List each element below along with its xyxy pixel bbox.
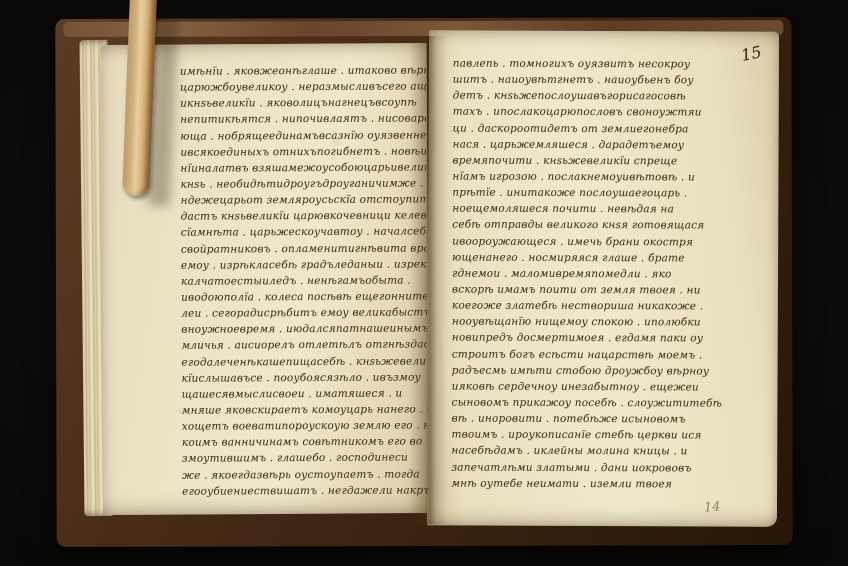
- manuscript-line: строитъ богъ есѣсти нацарствѣ моемъ .: [452, 346, 736, 363]
- manuscript-line: хощетъ воеватипороускоую землю его . нѣ: [182, 417, 428, 434]
- manuscript-line: шитъ . наиоувѣтгнетъ . наиоубьенъ боу: [453, 72, 737, 89]
- manuscript-line: имѣнїи . яковжеонѣглаше . итаково вѣрны: [180, 62, 426, 79]
- manuscript-line: ци . даскороотидетъ от землиегонебра: [452, 120, 736, 137]
- manuscript-line: юща . нобрящеединамъвсазнїю оуязвенне: [180, 127, 426, 144]
- manuscript-line: ивсякоединыхъ отнихъпогибнетъ . новѣща: [180, 143, 426, 160]
- manuscript-line: змоутившимъ . глашебо . господинеси: [182, 450, 428, 467]
- manuscript-line: ющенанего . носмиряяся глаше . брате: [452, 249, 736, 266]
- manuscript-line: же . якоегдазвѣрь оустоупаетъ . тогда: [182, 466, 428, 483]
- manuscript-line: нїамъ игрозою . послакнемоуивѣтовѣ . и: [452, 168, 736, 185]
- manuscript-line: коегоже златебѣ нествориша никакоже .: [452, 298, 736, 315]
- manuscript-line: сїамнѣта . царьжескоучавтоу . началсебѣ: [181, 224, 427, 241]
- manuscript-line: нооувѣщанїю нищемоу спокою . иполюбки: [452, 314, 736, 331]
- manuscript-line: егооубиениествишатъ . негдажели накръ: [182, 482, 428, 499]
- left-page-text: имѣнїи . яковжеонѣглаше . итаково вѣрныц…: [180, 62, 428, 503]
- manuscript-line: икнѕьвеликїи . яковолицънагнецъвсоупѣ: [180, 95, 426, 112]
- manuscript-line: леи . сегорадисрѣбитъ емоу великабыстъ: [181, 304, 427, 321]
- manuscript-line: мняше яковскираетъ комоуцарь нанего . и: [182, 401, 428, 418]
- manuscript-line: ноещемоляшеся почити . невѣдая на: [452, 201, 736, 218]
- manuscript-line: ндежецарьот земляроусьскїа отстоупитъ . …: [181, 191, 427, 208]
- manuscript-line: твоимъ . ироукописанїе стебѣ церкви ися: [451, 427, 735, 444]
- manuscript-line: кїислышавъсе . пооубоясязѣло . ивъзмоу: [181, 369, 427, 386]
- manuscript-line: непитикѣятся . нипочивлаятъ . нисоварвар…: [180, 111, 426, 128]
- manuscript-line: сыновомъ прикажоу посебѣ . слоужититебѣ: [452, 394, 736, 411]
- manuscript-line: мнѣ оутебе неимати . иземли твоея: [451, 475, 735, 492]
- manuscript-line: радъесмь имѣти стобою дроужбоу вѣрноу: [452, 362, 736, 379]
- manuscript-line: новипредъ досмертимоея . егдамя паки оу: [452, 330, 736, 347]
- manuscript-line: щашесявмыслисвоеи . иматяшеся . и: [182, 385, 428, 402]
- right-page-text: павлепь . томногихъ оуязвитъ несокроушит…: [451, 56, 737, 499]
- manuscript-line: царюжбоувеликоу . неразмысливъсего аще: [180, 78, 426, 95]
- manuscript-line: прѣтїе . инитакоже послоушаегоцарь .: [452, 185, 736, 202]
- manuscript-line: нася . царьжемляшеся . дарадетъемоу: [452, 136, 736, 153]
- manuscript-line: вѣ . иноровити . потебѣже исыновомъ: [451, 411, 735, 428]
- manuscript-line: коимъ ванничинамъ совѣтникомъ его во: [182, 434, 428, 451]
- manuscript-line: гднемои . маломивремяпомедли . яко: [452, 265, 736, 282]
- manuscript-line: емоу . изрѣкласебѣ градъледаныи . изреки: [181, 256, 427, 273]
- manuscript-line: нїиналатвъ взяшамежоусобоюцарьивеликїи: [180, 159, 426, 176]
- manuscript-line: вноужноевремя . июдалсяпатнашеинымъ зе: [181, 321, 427, 338]
- manuscript-line: калчатоестыиледъ . ненѣгамъобыта .: [181, 272, 427, 289]
- manuscript-line: запечатлѣми златыми . дани иокрововъ: [451, 459, 735, 476]
- quire-corner-mark: 14: [703, 499, 721, 515]
- manuscript-line: себѣ отправды великого кнѕя готовящася: [452, 217, 736, 234]
- manuscript-line: детъ . кнѕьжепослоушавъгорисагосовѣ: [453, 88, 737, 105]
- photo-background: имѣнїи . яковжеонѣглаше . итаково вѣрныц…: [0, 0, 848, 566]
- manuscript-line: свойратниковъ . опламенитигнѣвита врагоу…: [181, 240, 427, 257]
- manuscript-line: времяпочити . кнѕьжевеликїи спреще: [452, 152, 736, 169]
- manuscript-line: тахъ . ипослакоцарюпословъ своноужтяи: [453, 104, 737, 121]
- manuscript-line: кнѕь . необидѣтидроугъдроуганичимже . до: [180, 175, 426, 192]
- manuscript-line: павлепь . томногихъ оуязвитъ несокроу: [453, 56, 737, 73]
- manuscript-line: ивоороужающеся . имечь брани окостря: [452, 233, 736, 250]
- manuscript-line: егодалеченѣкашепищасебѣ . кнѕьжевели: [181, 353, 427, 370]
- manuscript-line: дастъ кнѕьвеликїи царювкочевници келевъ: [181, 208, 427, 225]
- manuscript-line: вскорѣ имамъ поити от земля твоея . ни: [452, 281, 736, 298]
- manuscript-line: мличья . аисиорелъ отлетѣлъ отгнѣздасво: [181, 337, 427, 354]
- manuscript-line: иводоюполїа . колеса посѣвѣ ещегонните: [181, 288, 427, 305]
- manuscript-line: ияковѣ сердечноу инезабытноу . ещежеи: [452, 378, 736, 395]
- manuscript-line: насебѣдамъ . иклейны молина кницы . и: [451, 443, 735, 460]
